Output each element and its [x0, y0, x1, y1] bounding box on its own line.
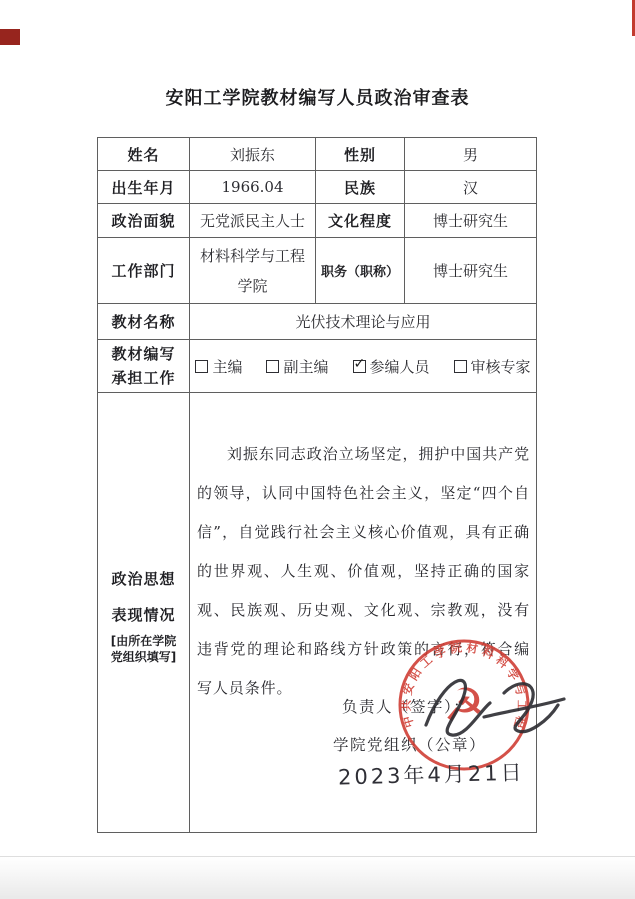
form-title: 安阳工学院教材编写人员政治审查表 [0, 84, 635, 110]
table-row-textbook: 教材名称 光伏技术理论与应用 [98, 304, 537, 340]
position-value: 博士研究生 [405, 238, 537, 304]
checkbox-label: 主编 [212, 356, 242, 377]
political-status-label: 政治面貌 [98, 204, 190, 238]
checkbox-unchecked [266, 360, 279, 373]
checkbox-unchecked [454, 360, 467, 373]
education-value: 博士研究生 [405, 204, 537, 238]
checkbox-option-deputy-editor: 副主编 [266, 356, 328, 377]
birth-label: 出生年月 [98, 171, 190, 204]
ethnicity-label: 民族 [316, 171, 405, 204]
education-label: 文化程度 [316, 204, 405, 238]
table-row-role: 教材编写 承担工作 主编 副主编 ✓ [98, 340, 537, 393]
scanned-form-page: 安阳工学院教材编写人员政治审查表 姓名 刘振东 性别 男 出生年月 1966.0… [0, 0, 635, 899]
thought-label-cell: 政治思想 表现情况 [由所在学院 党组织填写] [98, 393, 190, 833]
table-row-department-position: 工作部门 材料科学与工程 学院 职务（职称） 博士研究生 [98, 238, 537, 304]
scan-artifact-left [0, 29, 20, 45]
signature-stroke [426, 680, 490, 735]
gender-value: 男 [405, 138, 537, 171]
gender-label: 性别 [316, 138, 405, 171]
checkbox-unchecked [195, 360, 208, 373]
textbook-label: 教材名称 [98, 304, 190, 340]
name-label: 姓名 [98, 138, 190, 171]
handwritten-date: 2023年4月21日 [338, 757, 525, 792]
political-status-value: 无党派民主人士 [190, 204, 316, 238]
ethnicity-value: 汉 [405, 171, 537, 204]
checkbox-option-chief-editor: 主编 [195, 356, 242, 377]
table-row-political-education: 政治面貌 无党派民主人士 文化程度 博士研究生 [98, 204, 537, 238]
handwritten-signature [418, 661, 570, 757]
thought-statement-cell: 刘振东同志政治立场坚定，拥护中国共产党的领导，认同中国特色社会主义，坚定“四个自… [190, 393, 537, 833]
department-value: 材料科学与工程 学院 [190, 238, 316, 304]
checkbox-label: 参编人员 [370, 356, 430, 377]
checkbox-label: 副主编 [283, 356, 328, 377]
review-table: 姓名 刘振东 性别 男 出生年月 1966.04 民族 汉 政治面貌 无党派民主… [97, 137, 536, 833]
table-row-birth-ethnicity: 出生年月 1966.04 民族 汉 [98, 171, 537, 204]
name-value: 刘振东 [190, 138, 316, 171]
department-label: 工作部门 [98, 238, 190, 304]
checkbox-label: 审核专家 [471, 356, 531, 377]
page-edge-shadow [0, 856, 635, 899]
check-icon: ✓ [354, 357, 366, 371]
textbook-value: 光伏技术理论与应用 [190, 304, 537, 340]
checkbox-option-contributor: ✓ 参编人员 [353, 356, 430, 377]
checkbox-checked: ✓ [353, 360, 366, 373]
role-options-cell: 主编 副主编 ✓ 参编人员 审核专家 [190, 340, 537, 393]
position-label: 职务（职称） [316, 238, 405, 304]
role-label: 教材编写 承担工作 [98, 340, 190, 393]
birth-value: 1966.04 [190, 171, 316, 204]
table-row-thought: 政治思想 表现情况 [由所在学院 党组织填写] 刘振东同志政治立场坚定，拥护中国… [98, 393, 537, 833]
checkbox-option-review-expert: 审核专家 [454, 356, 531, 377]
table-row-name-gender: 姓名 刘振东 性别 男 [98, 138, 537, 171]
